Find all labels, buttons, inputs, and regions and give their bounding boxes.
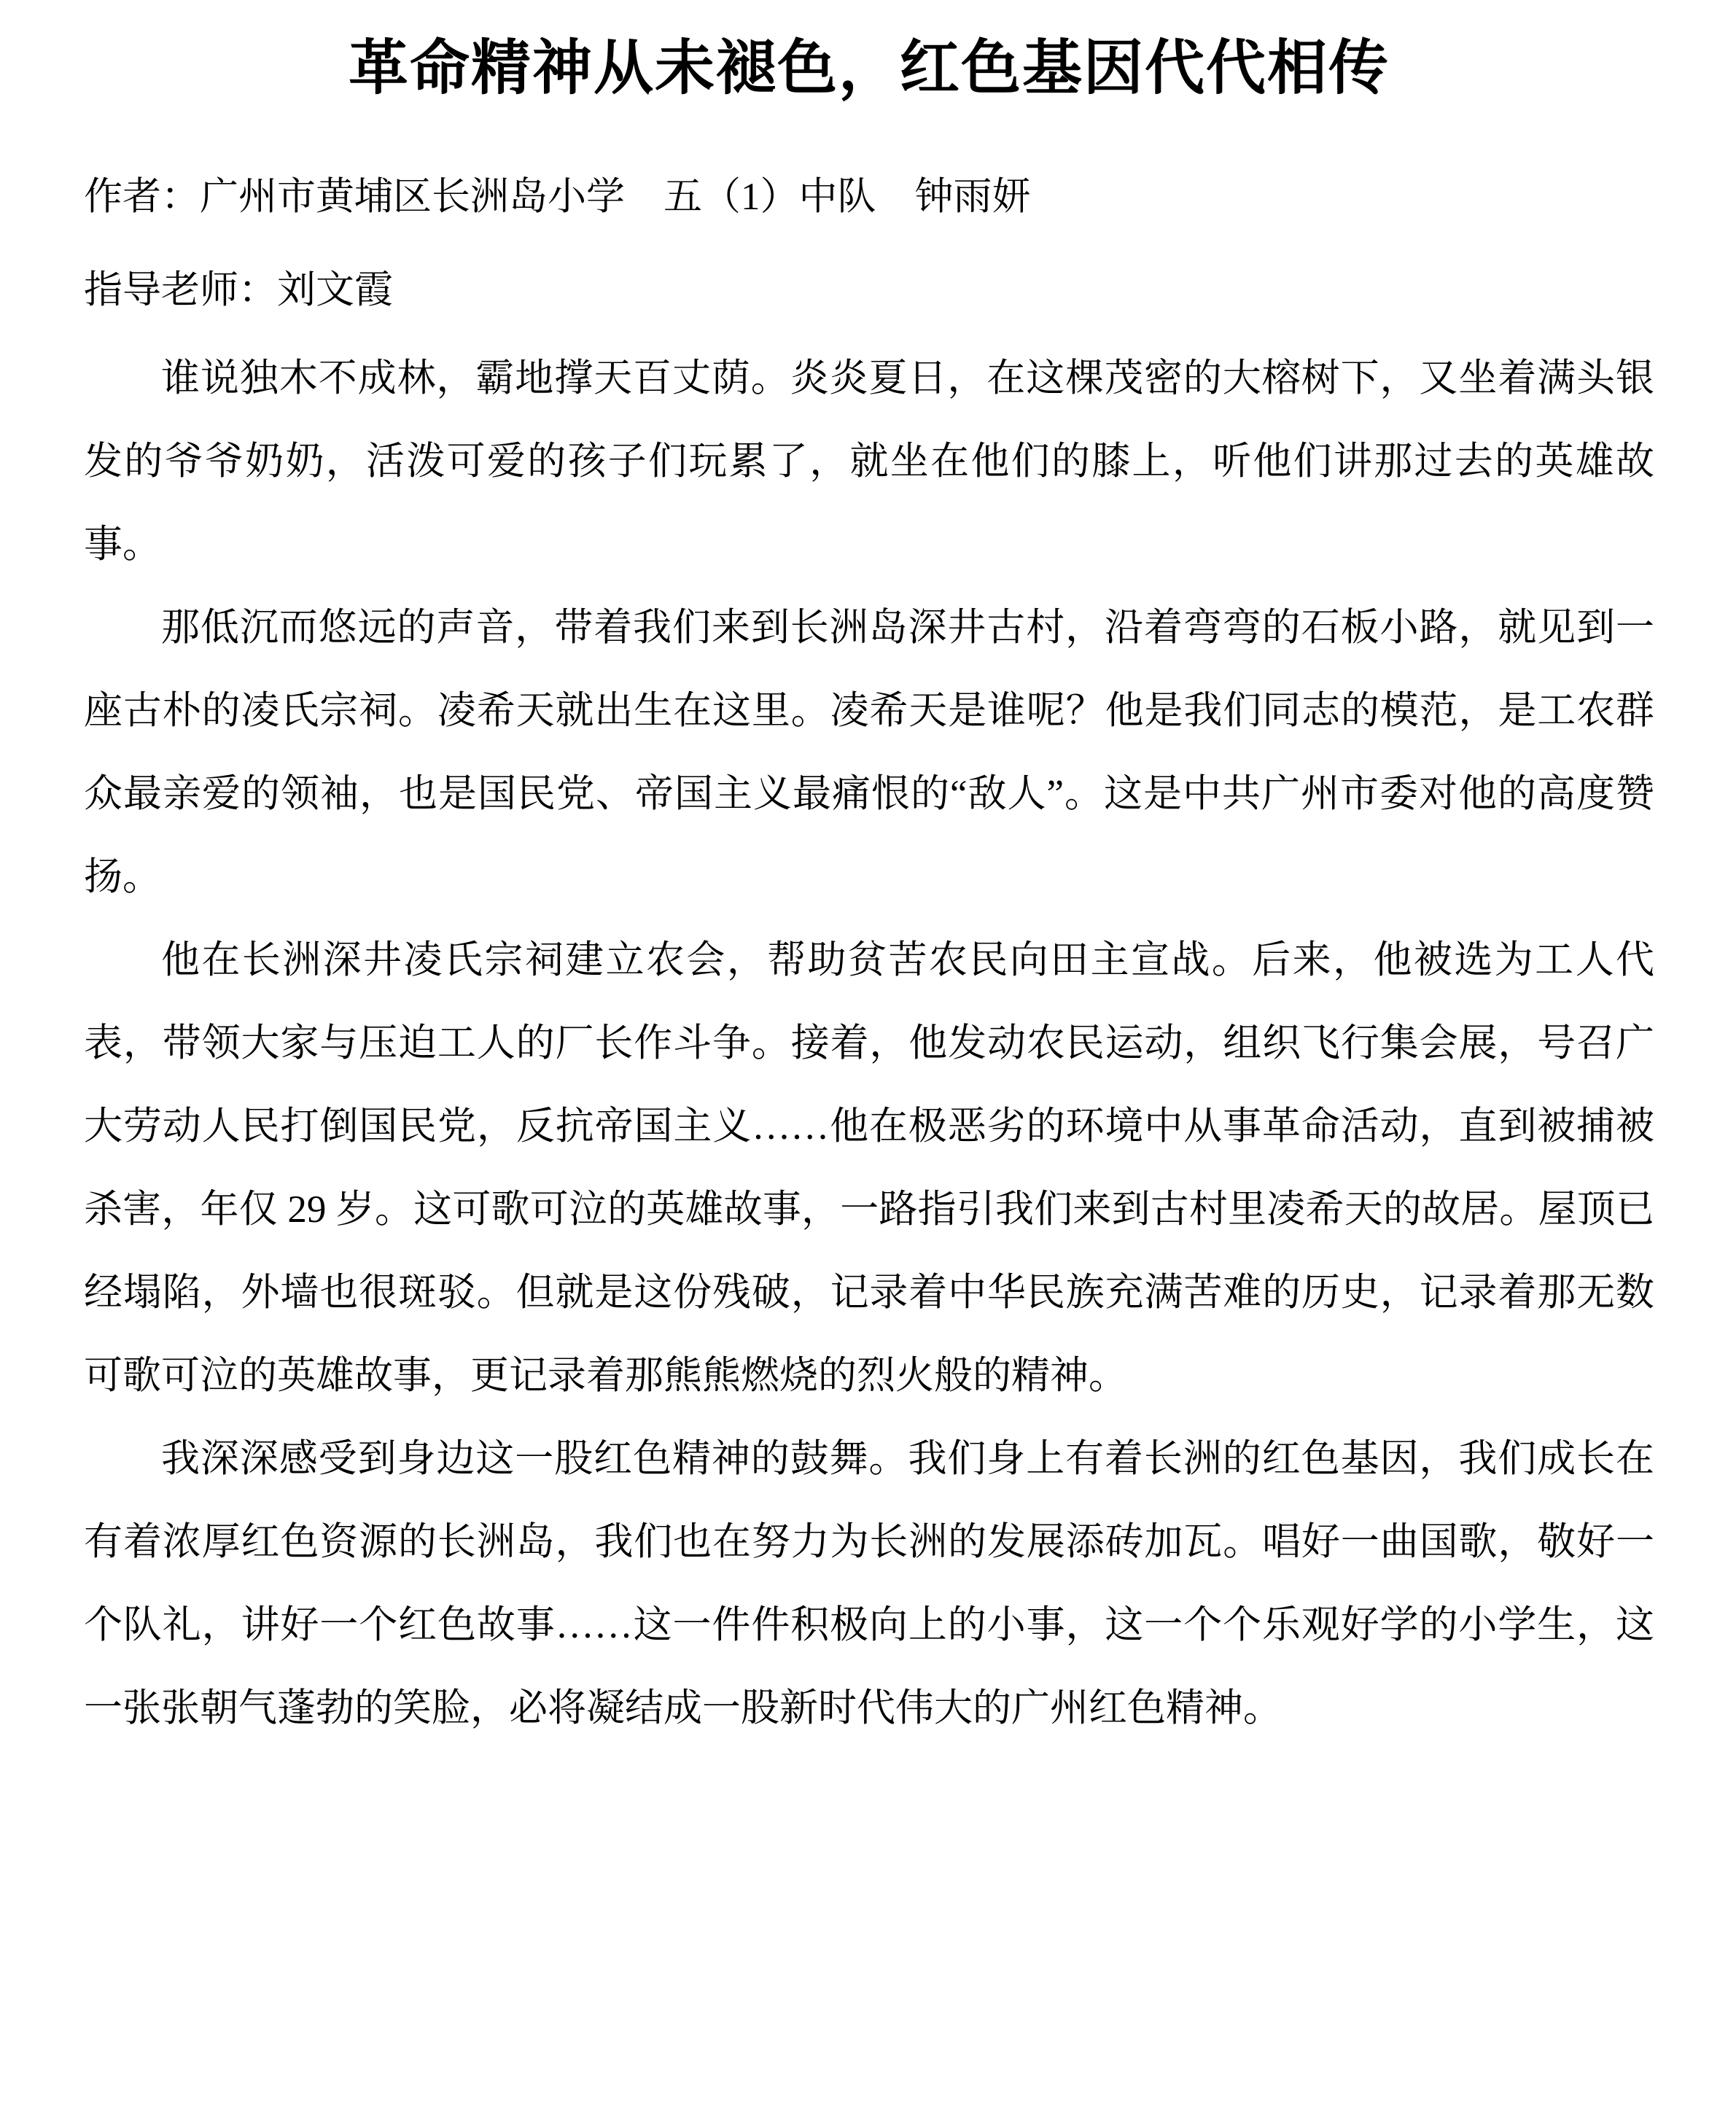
document-title: 革命精神从未褪色，红色基因代代相传 — [84, 28, 1654, 109]
document-page: 革命精神从未褪色，红色基因代代相传 作者：广州市黄埔区长洲岛小学 五（1）中队 … — [0, 0, 1736, 2118]
paragraph-3: 他在长洲深井凌氏宗祠建立农会，帮助贫苦农民向田主宣战。后来，他被选为工人代表，带… — [84, 919, 1654, 1417]
paragraph-1: 谁说独木不成林，霸地撑天百丈荫。炎炎夏日，在这棵茂密的大榕树下，又坐着满头银发的… — [84, 337, 1654, 586]
essay-body: 谁说独木不成林，霸地撑天百丈荫。炎炎夏日，在这棵茂密的大榕树下，又坐着满头银发的… — [84, 337, 1654, 1750]
author-line: 作者：广州市黄埔区长洲岛小学 五（1）中队 钟雨妍 — [84, 150, 1654, 244]
byline-block: 作者：广州市黄埔区长洲岛小学 五（1）中队 钟雨妍 指导老师：刘文霞 — [84, 150, 1654, 337]
paragraph-2: 那低沉而悠远的声音，带着我们来到长洲岛深井古村，沿着弯弯的石板小路，就见到一座古… — [84, 586, 1654, 919]
advisor-line: 指导老师：刘文霞 — [84, 244, 1654, 337]
paragraph-4: 我深深感受到身边这一股红色精神的鼓舞。我们身上有着长洲的红色基因，我们成长在有着… — [84, 1417, 1654, 1750]
